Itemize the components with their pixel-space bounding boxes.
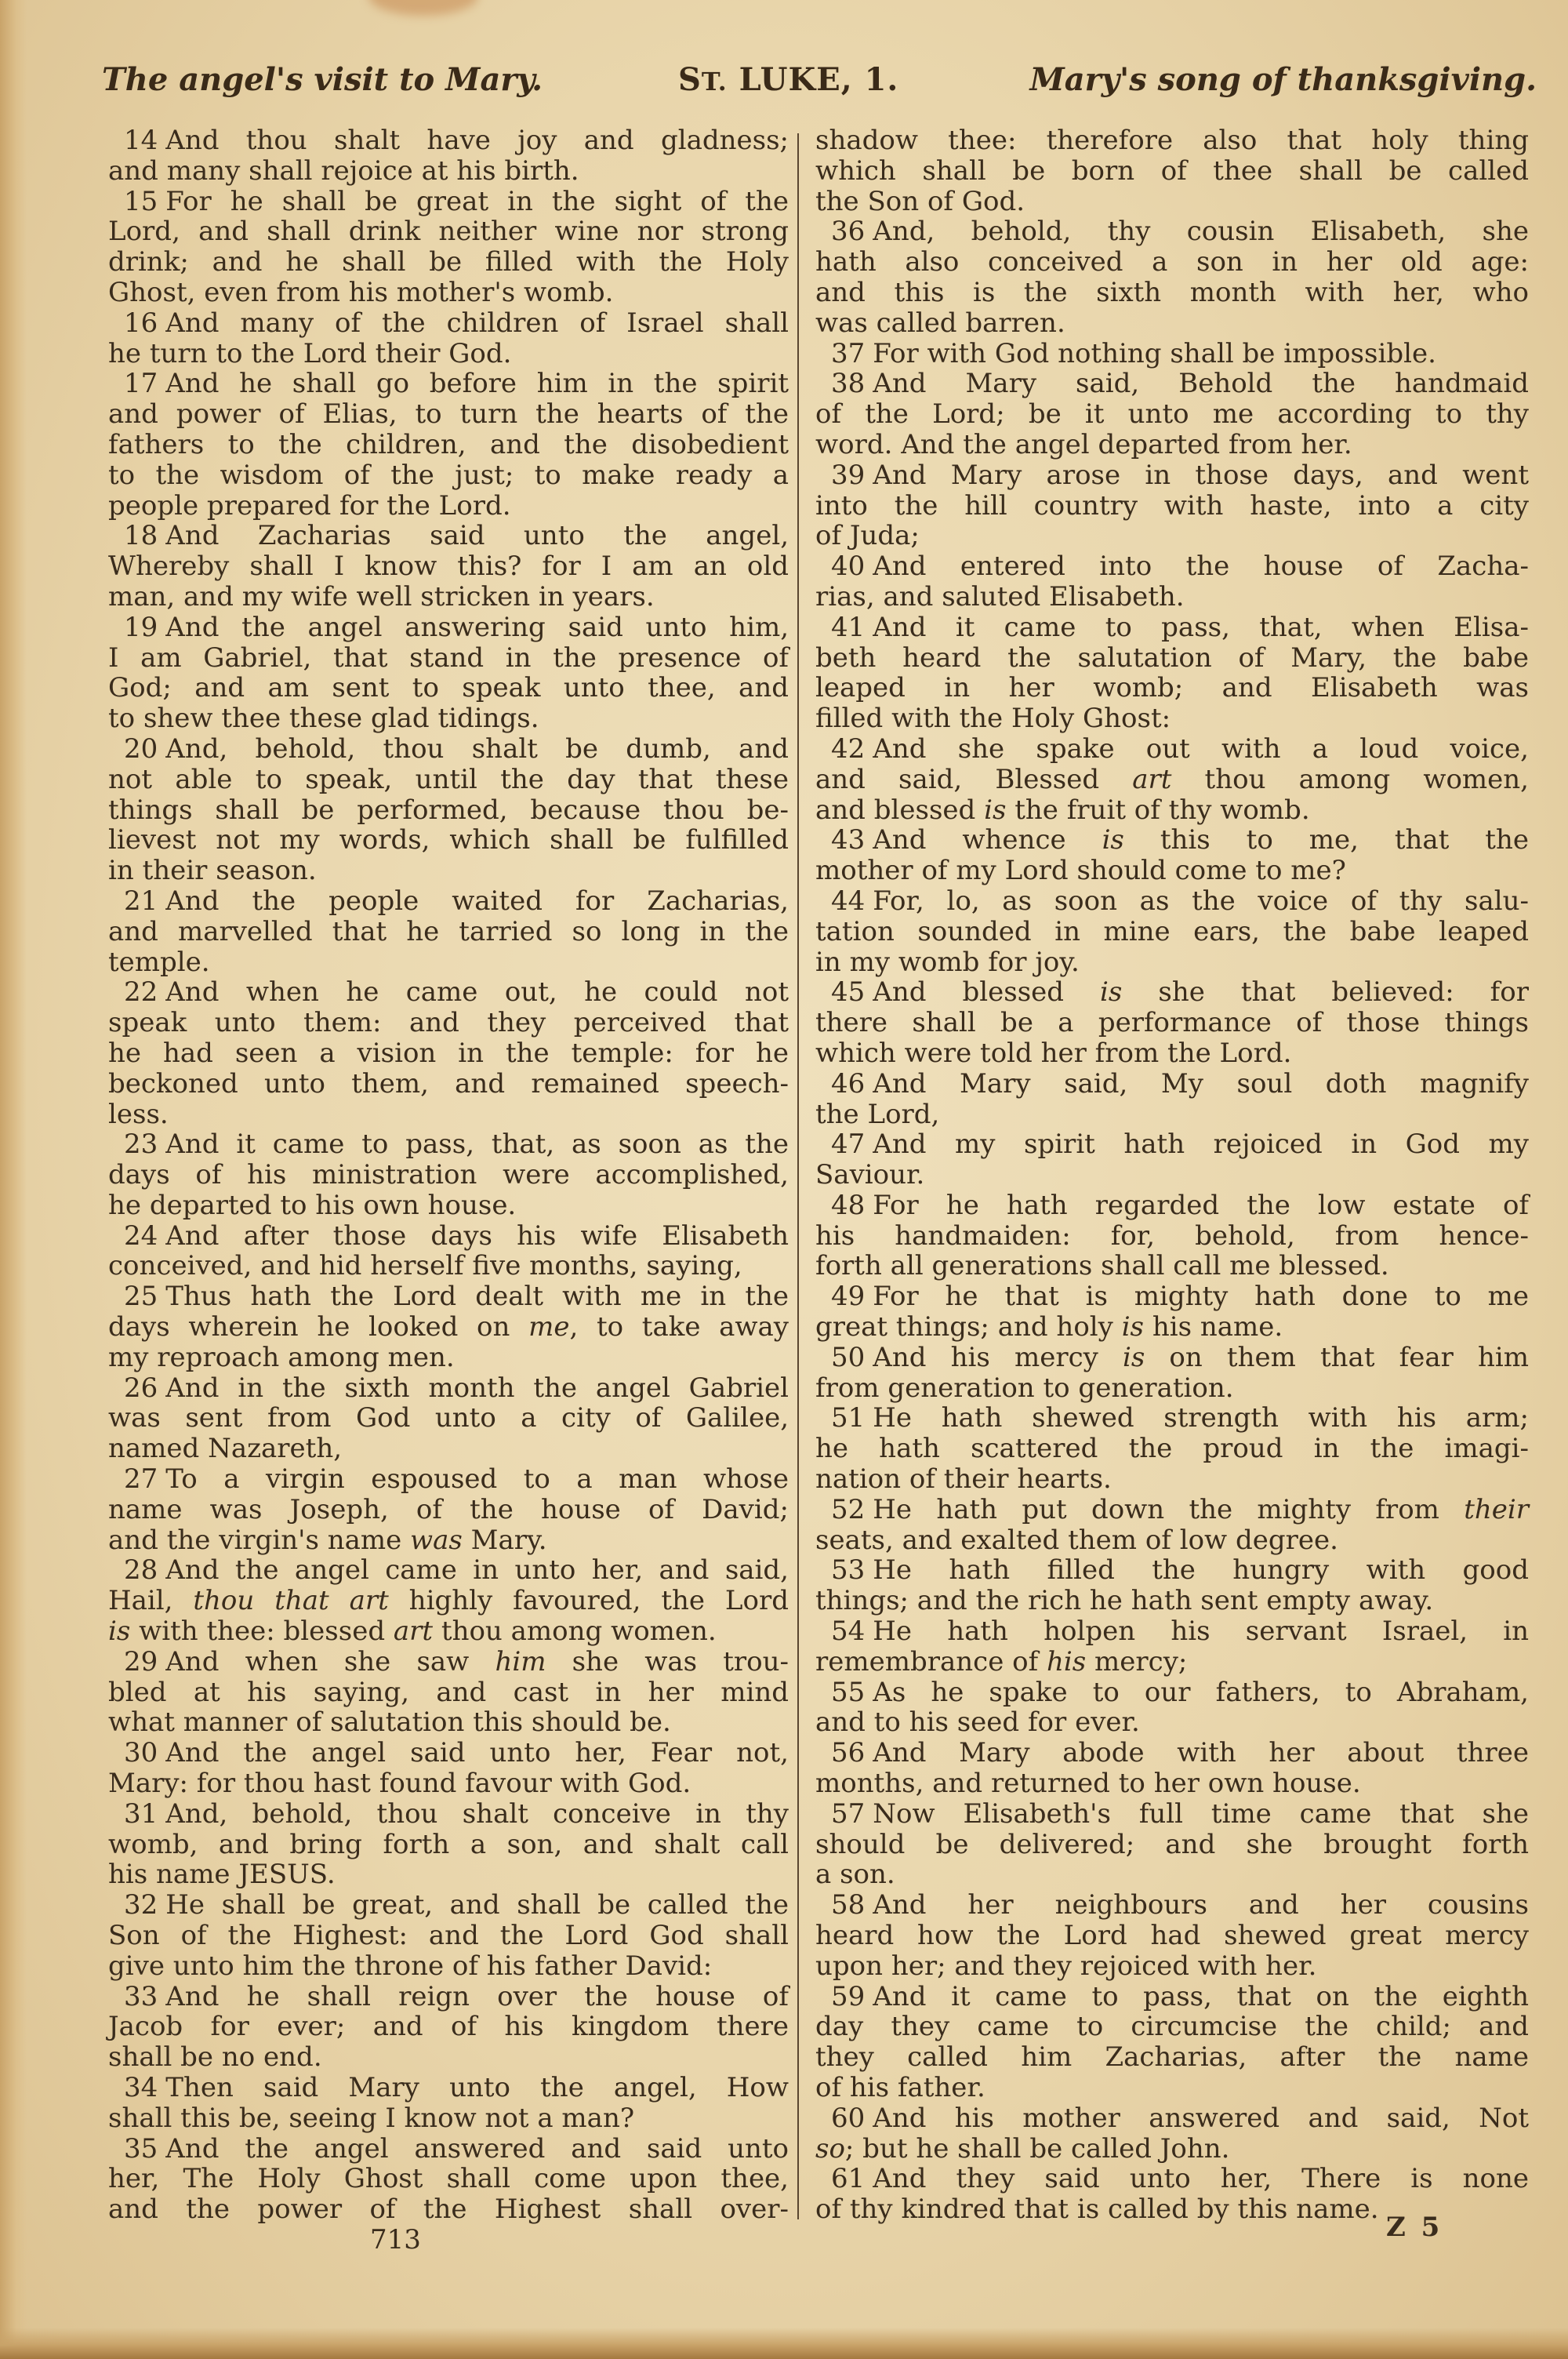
verse-16: 16And many of the children of Israel sha… — [108, 308, 789, 369]
verse-line: less. — [108, 1100, 789, 1130]
verse-line: 59And it came to pass, that on the eight… — [815, 1982, 1529, 2012]
verse-text: And, behold, thou shalt be dumb, and — [165, 733, 789, 765]
verse-line: Mary: for thou hast found favour with Go… — [108, 1768, 789, 1799]
verse-text: her, The Holy Ghost shall come upon thee… — [108, 2163, 789, 2194]
verse-44: 44For, lo, as soon as the voice of thy s… — [815, 886, 1529, 977]
verse-line: Whereby shall I know this? for I am an o… — [108, 551, 789, 582]
verse-line: 30And the angel said unto her, Fear not, — [108, 1738, 789, 1768]
verse-text: man, and my wife well stricken in years. — [108, 581, 655, 612]
verse-text: And when she saw — [165, 1646, 495, 1677]
verse-31: 31And, behold, thou shalt conceive in th… — [108, 1799, 789, 1890]
verse-line: and the power of the Highest shall over- — [108, 2194, 789, 2225]
verse-text: he had seen a vision in the temple: for … — [108, 1038, 789, 1069]
italic-supplied-word: me — [528, 1311, 569, 1343]
italic-supplied-word: is — [1123, 1342, 1145, 1373]
verse-text: Then said Mary unto the angel, How — [165, 2072, 789, 2103]
verse-text: into the hill country with haste, into a… — [815, 490, 1529, 522]
verse-line: 36And, behold, thy cousin Elisabeth, she — [815, 216, 1529, 247]
verse-line: shall this be, seeing I know not a man? — [108, 2103, 789, 2134]
verse-line: 40And entered into the house of Zacha- — [815, 551, 1529, 582]
verse-text: the fruit of thy womb. — [1006, 794, 1309, 826]
verse-text: his name. — [1144, 1311, 1283, 1343]
verse-line: 60And his mother answered and said, Not — [815, 2103, 1529, 2134]
verse-line: speak unto them: and they perceived that — [108, 1008, 789, 1038]
verse-line: and marvelled that he tarried so long in… — [108, 917, 789, 947]
verse-line: man, and my wife well stricken in years. — [108, 582, 789, 612]
verse-number: 50 — [831, 1342, 865, 1373]
verse-text: And Mary abode with her about three — [873, 1737, 1529, 1768]
verse-text: not able to speak, until the day that th… — [108, 764, 789, 795]
verse-number: 14 — [124, 125, 158, 156]
verse-text: mother of my Lord should come to me? — [815, 855, 1346, 886]
verse-line: 24And after those days his wife Elisabet… — [108, 1221, 789, 1252]
verse-line: 44For, lo, as soon as the voice of thy s… — [815, 886, 1529, 917]
verse-line: is with thee: blessed art thou among wom… — [108, 1616, 789, 1647]
verse-line: 39And Mary arose in those days, and went — [815, 460, 1529, 491]
verse-text: He hath filled the hungry with good — [873, 1554, 1529, 1586]
verse-number: 49 — [831, 1281, 865, 1312]
verse-text: less. — [108, 1099, 169, 1130]
verse-line: 57Now Elisabeth's full time came that sh… — [815, 1799, 1529, 1830]
verse-text: to shew thee these glad tidings. — [108, 703, 539, 734]
verse-line: he hath scattered the proud in the imagi… — [815, 1434, 1529, 1464]
verse-line: to shew thee these glad tidings. — [108, 703, 789, 734]
verse-line: hath also conceived a son in her old age… — [815, 247, 1529, 278]
book-small-caps: T. — [702, 67, 728, 96]
book-initial: S — [678, 61, 702, 98]
verse-21: 21And the people waited for Zacharias,an… — [108, 886, 789, 977]
verse-text: days wherein he looked on — [108, 1311, 528, 1343]
verse-text: on them that fear him — [1145, 1342, 1529, 1373]
verse-number: 54 — [831, 1616, 865, 1647]
verse-number: 55 — [831, 1677, 865, 1708]
verse-text: she was trou- — [546, 1646, 789, 1677]
verse-line: his name JESUS. — [108, 1859, 789, 1890]
verse-line: and many shall rejoice at his birth. — [108, 156, 789, 187]
verse-line: word. And the angel departed from her. — [815, 430, 1529, 460]
verse-text: And the people waited for Zacharias, — [165, 885, 789, 917]
verse-line: 41And it came to pass, that, when Elisa- — [815, 612, 1529, 643]
verse-line: people prepared for the Lord. — [108, 491, 789, 522]
verse-19: 19And the angel answering said unto him,… — [108, 612, 789, 734]
verse-50: 50And his mercy is on them that fear him… — [815, 1343, 1529, 1404]
verse-text: And Mary said, My soul doth magnify — [873, 1068, 1529, 1100]
verse-text: should be delivered; and she brought for… — [815, 1829, 1529, 1860]
verse-line: 58And her neighbours and her cousins — [815, 1890, 1529, 1921]
verse-line: of the Lord; be it unto me according to … — [815, 399, 1529, 430]
verse-text: and power of Elias, to turn the hearts o… — [108, 398, 789, 430]
verse-line: great things; and holy is his name. — [815, 1312, 1529, 1343]
verse-text: he departed to his own house. — [108, 1190, 516, 1221]
verse-text: they called him Zacharias, after the nam… — [815, 2041, 1529, 2073]
italic-supplied-word: him — [495, 1646, 546, 1677]
verse-text: and said, Blessed — [815, 764, 1132, 795]
verse-text: thou among women, — [1171, 764, 1529, 795]
italic-supplied-word: art — [394, 1616, 433, 1647]
verse-line: 50And his mercy is on them that fear him — [815, 1343, 1529, 1373]
italic-supplied-word: is — [1100, 976, 1122, 1008]
verse-line: her, The Holy Ghost shall come upon thee… — [108, 2164, 789, 2194]
verse-number: 56 — [831, 1737, 865, 1768]
verse-line: 38And Mary said, Behold the handmaid — [815, 369, 1529, 399]
verse-number: 21 — [124, 885, 158, 917]
verse-text: ; but he shall be called John. — [845, 2133, 1230, 2165]
verse-line: bled at his saying, and cast in her mind — [108, 1677, 789, 1708]
verse-line: to the wisdom of the just; to make ready… — [108, 460, 789, 491]
verse-text: And he shall go before him in the spirit — [165, 368, 789, 399]
verse-line: 49For he that is mighty hath done to me — [815, 1281, 1529, 1312]
verse-text: And entered into the house of Zacha- — [873, 551, 1529, 582]
verse-line: 26And in the sixth month the angel Gabri… — [108, 1373, 789, 1404]
verse-number: 35 — [124, 2133, 158, 2165]
verse-text: and the power of the Highest shall over- — [108, 2194, 789, 2225]
verse-line: not able to speak, until the day that th… — [108, 765, 789, 795]
verse-number: 52 — [831, 1494, 865, 1525]
verse-28: 28And the angel came in unto her, and sa… — [108, 1555, 789, 1646]
verse-line: 31And, behold, thou shalt conceive in th… — [108, 1799, 789, 1830]
verse-23: 23And it came to pass, that, as soon as … — [108, 1129, 789, 1220]
verse-line: 17And he shall go before him in the spir… — [108, 369, 789, 399]
verse-line: my reproach among men. — [108, 1343, 789, 1373]
verse-text: things; and the rich he hath sent empty … — [815, 1585, 1433, 1616]
verse-line: days wherein he looked on me, to take aw… — [108, 1312, 789, 1343]
running-head: The angel's visit to Mary. ST. LUKE, 1. … — [102, 61, 1537, 108]
book-chapter: LUKE, 1. — [728, 61, 899, 98]
verse-text: this to me, that the — [1124, 824, 1529, 856]
verse-text: And they said unto her, There is none — [873, 2163, 1529, 2194]
verse-line: in their season. — [108, 856, 789, 886]
verse-text: in their season. — [108, 855, 317, 886]
verse-24: 24And after those days his wife Elisabet… — [108, 1221, 789, 1282]
verse-line: 42And she spake out with a loud voice, — [815, 734, 1529, 765]
verse-line: God; and am sent to speak unto thee, and — [108, 673, 789, 703]
verse-number: 60 — [831, 2103, 865, 2134]
verse-text: tation sounded in mine ears, the babe le… — [815, 916, 1529, 947]
verse-text: highly favoured, the Lord — [389, 1585, 789, 1616]
verse-54: 54He hath holpen his servant Israel, inr… — [815, 1616, 1529, 1677]
verse-text: fathers to the children, and the disobed… — [108, 429, 789, 460]
verse-number: 29 — [124, 1646, 158, 1677]
verse-20: 20And, behold, thou shalt be dumb, andno… — [108, 734, 789, 886]
verse-line: was called barren. — [815, 308, 1529, 339]
verse-text: Lord, and shall drink neither wine nor s… — [108, 216, 789, 247]
verse-48: 48For he hath regarded the low estate of… — [815, 1190, 1529, 1281]
verse-text: And his mercy — [873, 1342, 1123, 1373]
verse-line: the Son of God. — [815, 187, 1529, 217]
verse-number: 25 — [124, 1281, 158, 1312]
verse-text: Son of the Highest: and the Lord God sha… — [108, 1920, 789, 1951]
verse-text: For he hath regarded the low estate of — [873, 1190, 1529, 1221]
verse-text: And in the sixth month the angel Gabriel — [165, 1372, 789, 1404]
verse-text: leaped in her womb; and Elisabeth was — [815, 672, 1529, 703]
column-divider-rule — [797, 133, 799, 2219]
verse-line: his handmaiden: for, behold, from hence- — [815, 1221, 1529, 1252]
verse-number: 31 — [124, 1798, 158, 1830]
verse-text: And thou shalt have joy and gladness; — [165, 125, 789, 156]
verse-text: And, behold, thy cousin Elisabeth, she — [873, 216, 1529, 247]
verse-number: 19 — [124, 612, 158, 643]
verse-number: 45 — [831, 976, 865, 1008]
verse-line: Saviour. — [815, 1160, 1529, 1190]
verse-line: and the virgin's name was Mary. — [108, 1525, 789, 1556]
verse-text: seats, and exalted them of low degree. — [815, 1525, 1338, 1556]
verse-text: of his father. — [815, 2072, 985, 2103]
verse-line: mother of my Lord should come to me? — [815, 856, 1529, 886]
verse-line: lievest not my words, which shall be ful… — [108, 825, 789, 856]
verse-text: And he shall reign over the house of — [165, 1981, 789, 2012]
verse-49: 49For he that is mighty hath done to meg… — [815, 1281, 1529, 1343]
verse-30: 30And the angel said unto her, Fear not,… — [108, 1738, 789, 1799]
verse-58: 58And her neighbours and her cousinshear… — [815, 1890, 1529, 1981]
verse-line: and this is the sixth month with her, wh… — [815, 278, 1529, 308]
verse-text: And the angel said unto her, Fear not, — [165, 1737, 789, 1768]
verse-text: For he that is mighty hath done to me — [873, 1281, 1529, 1312]
verse-text: a son. — [815, 1859, 895, 1890]
verse-line: 14And thou shalt have joy and gladness; — [108, 125, 789, 156]
verse-17: 17And he shall go before him in the spir… — [108, 369, 789, 521]
running-head-book-chapter: ST. LUKE, 1. — [678, 61, 898, 98]
verse-line: leaped in her womb; and Elisabeth was — [815, 673, 1529, 703]
column-right: shadow thee: therefore also that holy th… — [815, 125, 1529, 2225]
verse-text: of the Lord; be it unto me according to … — [815, 398, 1529, 430]
verse-line: 61And they said unto her, There is none — [815, 2164, 1529, 2194]
italic-supplied-word: was — [410, 1525, 463, 1556]
verse-line: months, and returned to her own house. — [815, 1768, 1529, 1799]
verse-line: 21And the people waited for Zacharias, — [108, 886, 789, 917]
verse-text: And her neighbours and her cousins — [873, 1889, 1529, 1921]
verse-line: into the hill country with haste, into a… — [815, 491, 1529, 522]
verse-line: what manner of salutation this should be… — [108, 1707, 789, 1738]
verse-text: with thee: blessed — [130, 1616, 394, 1647]
verse-line: 53He hath filled the hungry with good — [815, 1555, 1529, 1586]
verse-text: conceived, and hid herself five months, … — [108, 1250, 742, 1281]
verse-text: And blessed — [873, 976, 1100, 1008]
verse-22: 22And when he came out, he could notspea… — [108, 977, 789, 1129]
verse-line: 16And many of the children of Israel sha… — [108, 308, 789, 339]
verse-number: 38 — [831, 368, 865, 399]
verse-number: 43 — [831, 824, 865, 856]
verse-text: , to take away — [569, 1311, 789, 1343]
verse-34: 34Then said Mary unto the angel, Howshal… — [108, 2073, 789, 2134]
verse-line: Ghost, even from his mother's womb. — [108, 278, 789, 308]
verse-line: a son. — [815, 1859, 1529, 1890]
verse-text: Now Elisabeth's full time came that she — [873, 1798, 1529, 1830]
verse-number: 33 — [124, 1981, 158, 2012]
verse-line: 25Thus hath the Lord dealt with me in th… — [108, 1281, 789, 1312]
verse-text: forth all generations shall call me bles… — [815, 1250, 1389, 1281]
verse-text: nation of their hearts. — [815, 1463, 1112, 1495]
verse-36: 36And, behold, thy cousin Elisabeth, she… — [815, 216, 1529, 338]
verse-text: to the wisdom of the just; to make ready… — [108, 460, 789, 491]
verse-text: drink; and he shall be filled with the H… — [108, 246, 789, 278]
verse-35: 35And the angel answered and said untohe… — [108, 2134, 789, 2225]
verse-number: 17 — [124, 368, 158, 399]
verse-text: lievest not my words, which shall be ful… — [108, 824, 789, 856]
verse-line: remembrance of his mercy; — [815, 1647, 1529, 1677]
page-bottom-edge — [0, 2328, 1568, 2359]
verse-line: I am Gabriel, that stand in the presence… — [108, 643, 789, 674]
verse-40: 40And entered into the house of Zacha-ri… — [815, 551, 1529, 612]
verse-text: I am Gabriel, that stand in the presence… — [108, 642, 789, 674]
verse-line: seats, and exalted them of low degree. — [815, 1525, 1529, 1556]
verse-text: and to his seed for ever. — [815, 1707, 1140, 1738]
running-head-left: The angel's visit to Mary. — [102, 61, 543, 98]
verse-line: shadow thee: therefore also that holy th… — [815, 125, 1529, 156]
verse-text: shall be no end. — [108, 2041, 322, 2073]
verse-46: 46And Mary said, My soul doth magnifythe… — [815, 1069, 1529, 1130]
verse-line: 18And Zacharias said unto the angel, — [108, 521, 789, 551]
verse-line: nation of their hearts. — [815, 1464, 1529, 1495]
verse-number: 23 — [124, 1129, 158, 1160]
verse-text: and marvelled that he tarried so long in… — [108, 916, 789, 947]
verse-text: hath also conceived a son in her old age… — [815, 246, 1529, 278]
verse-text: Ghost, even from his mother's womb. — [108, 277, 613, 308]
verse-continuation: shadow thee: therefore also that holy th… — [815, 125, 1529, 216]
verse-line: from generation to generation. — [815, 1373, 1529, 1404]
verse-line: temple. — [108, 947, 789, 978]
verse-line: Son of the Highest: and the Lord God sha… — [108, 1921, 789, 1951]
verse-25: 25Thus hath the Lord dealt with me in th… — [108, 1281, 789, 1372]
verse-line: things; and the rich he hath sent empty … — [815, 1586, 1529, 1616]
verse-text: To a virgin espoused to a man whose — [165, 1463, 789, 1495]
verse-text: day they came to circumcise the child; a… — [815, 2011, 1529, 2042]
verse-text: And, behold, thou shalt conceive in thy — [165, 1798, 789, 1830]
verse-text: And many of the children of Israel shall — [165, 307, 789, 339]
verse-line: was sent from God unto a city of Galilee… — [108, 1403, 789, 1434]
verse-number: 41 — [831, 612, 865, 643]
italic-supplied-word: is — [108, 1616, 130, 1647]
page-edge-shadow — [0, 0, 27, 2359]
verse-text: rias, and saluted Elisabeth. — [815, 581, 1185, 612]
bible-page: The angel's visit to Mary. ST. LUKE, 1. … — [0, 0, 1568, 2359]
verse-line: forth all generations shall call me bles… — [815, 1251, 1529, 1281]
verse-41: 41And it came to pass, that, when Elisa-… — [815, 612, 1529, 734]
verse-line: 54He hath holpen his servant Israel, in — [815, 1616, 1529, 1647]
verse-38: 38And Mary said, Behold the handmaidof t… — [815, 369, 1529, 460]
verse-text: named Nazareth, — [108, 1433, 342, 1464]
verse-text: And the angel answering said unto him, — [165, 612, 789, 643]
italic-supplied-word: art — [1132, 764, 1171, 795]
verse-text: And she spake out with a loud voice, — [873, 733, 1529, 765]
verse-52: 52He hath put down the mighty from their… — [815, 1495, 1529, 1556]
verse-text: great things; and holy — [815, 1311, 1122, 1343]
verse-text: He hath put down the mighty from — [873, 1494, 1464, 1525]
verse-line: Jacob for ever; and of his kingdom there — [108, 2012, 789, 2042]
verse-text: And Mary said, Behold the handmaid — [873, 368, 1529, 399]
verse-line: 35And the angel answered and said unto — [108, 2134, 789, 2165]
italic-supplied-word: so — [815, 2133, 845, 2165]
verse-text: womb, and bring forth a son, and shalt c… — [108, 1829, 789, 1860]
verse-line: they called him Zacharias, after the nam… — [815, 2042, 1529, 2073]
verse-text: of thy kindred that is called by this na… — [815, 2194, 1379, 2225]
verse-line: things shall be performed, because thou … — [108, 795, 789, 826]
verse-56: 56And Mary abode with her about threemon… — [815, 1738, 1529, 1799]
verse-text: And his mother answered and said, Not — [873, 2103, 1529, 2134]
verse-line: which shall be born of thee shall be cal… — [815, 156, 1529, 187]
verse-37: 37For with God nothing shall be impossib… — [815, 339, 1529, 369]
verse-text: shadow thee: therefore also that holy th… — [815, 125, 1529, 156]
verse-text: And it came to pass, that on the eighth — [873, 1981, 1529, 2012]
verse-line: 15For he shall be great in the sight of … — [108, 187, 789, 217]
verse-57: 57Now Elisabeth's full time came that sh… — [815, 1799, 1529, 1890]
verse-39: 39And Mary arose in those days, and went… — [815, 460, 1529, 551]
verse-line: 28And the angel came in unto her, and sa… — [108, 1555, 789, 1586]
verse-26: 26And in the sixth month the angel Gabri… — [108, 1373, 789, 1464]
verse-text: heard how the Lord had shewed great merc… — [815, 1920, 1529, 1951]
verse-number: 58 — [831, 1889, 865, 1921]
verse-line: beth heard the salutation of Mary, the b… — [815, 643, 1529, 674]
column-left: 14And thou shalt have joy and gladness;a… — [108, 125, 789, 2225]
verse-line: there shall be a performance of those th… — [815, 1008, 1529, 1038]
verse-line: 32He shall be great, and shall be called… — [108, 1890, 789, 1921]
verse-line: 37For with God nothing shall be impossib… — [815, 339, 1529, 369]
verse-text: For with God nothing shall be impossible… — [873, 338, 1436, 369]
verse-text: mercy; — [1086, 1646, 1187, 1677]
verse-line: 22And when he came out, he could not — [108, 977, 789, 1008]
verse-text: Jacob for ever; and of his kingdom there — [108, 2011, 789, 2042]
verse-line: 20And, behold, thou shalt be dumb, and — [108, 734, 789, 765]
verse-text: bled at his saying, and cast in her mind — [108, 1677, 789, 1708]
verse-14: 14And thou shalt have joy and gladness;a… — [108, 125, 789, 187]
verse-text: beth heard the salutation of Mary, the b… — [815, 642, 1529, 674]
verse-number: 30 — [124, 1737, 158, 1768]
verse-18: 18And Zacharias said unto the angel,Wher… — [108, 521, 789, 612]
verse-text: was called barren. — [815, 307, 1065, 339]
verse-text: people prepared for the Lord. — [108, 490, 511, 522]
verse-29: 29And when she saw him she was trou-bled… — [108, 1647, 789, 1738]
verse-text: in my womb for joy. — [815, 947, 1080, 978]
paper-stain — [368, 0, 478, 16]
verse-line: name was Joseph, of the house of David; — [108, 1495, 789, 1525]
verse-line: 45And blessed is she that believed: for — [815, 977, 1529, 1008]
verse-text: of Juda; — [815, 520, 920, 551]
verse-text: As he spake to our fathers, to Abraham, — [873, 1677, 1529, 1708]
verse-33: 33And he shall reign over the house ofJa… — [108, 1982, 789, 2073]
verse-line: 51He hath shewed strength with his arm; — [815, 1403, 1529, 1434]
verse-line: of Juda; — [815, 521, 1529, 551]
verse-55: 55As he spake to our fathers, to Abraham… — [815, 1677, 1529, 1739]
verse-line: which were told her from the Lord. — [815, 1038, 1529, 1069]
verse-text: Thus hath the Lord dealt with me in the — [165, 1281, 789, 1312]
verse-number: 28 — [124, 1554, 158, 1586]
verse-text: the Lord, — [815, 1099, 939, 1130]
verse-text: temple. — [108, 947, 210, 978]
verse-number: 42 — [831, 733, 865, 765]
verse-text: and blessed — [815, 794, 984, 826]
verse-line: tation sounded in mine ears, the babe le… — [815, 917, 1529, 947]
verse-line: 55As he spake to our fathers, to Abraham… — [815, 1677, 1529, 1708]
verse-line: and power of Elias, to turn the hearts o… — [108, 399, 789, 430]
verse-42: 42And she spake out with a loud voice,an… — [815, 734, 1529, 825]
verse-51: 51He hath shewed strength with his arm;h… — [815, 1403, 1529, 1494]
verse-line: 56And Mary abode with her about three — [815, 1738, 1529, 1768]
verse-line: and said, Blessed art thou among women, — [815, 765, 1529, 795]
verse-text: from generation to generation. — [815, 1372, 1234, 1404]
verse-text: He hath holpen his servant Israel, in — [873, 1616, 1529, 1647]
verse-number: 51 — [831, 1402, 865, 1434]
verse-text: And my spirit hath rejoiced in God my — [873, 1129, 1529, 1160]
verse-number: 57 — [831, 1798, 865, 1830]
verse-line: and to his seed for ever. — [815, 1707, 1529, 1738]
verse-number: 36 — [831, 216, 865, 247]
verse-text: speak unto them: and they perceived that — [108, 1007, 789, 1038]
verse-text: months, and returned to her own house. — [815, 1768, 1361, 1799]
verse-line: 33And he shall reign over the house of — [108, 1982, 789, 2012]
verse-line: 34Then said Mary unto the angel, How — [108, 2073, 789, 2103]
verse-line: in my womb for joy. — [815, 947, 1529, 978]
italic-supplied-word: is — [1102, 824, 1124, 856]
verse-line: days of his ministration were accomplish… — [108, 1160, 789, 1190]
